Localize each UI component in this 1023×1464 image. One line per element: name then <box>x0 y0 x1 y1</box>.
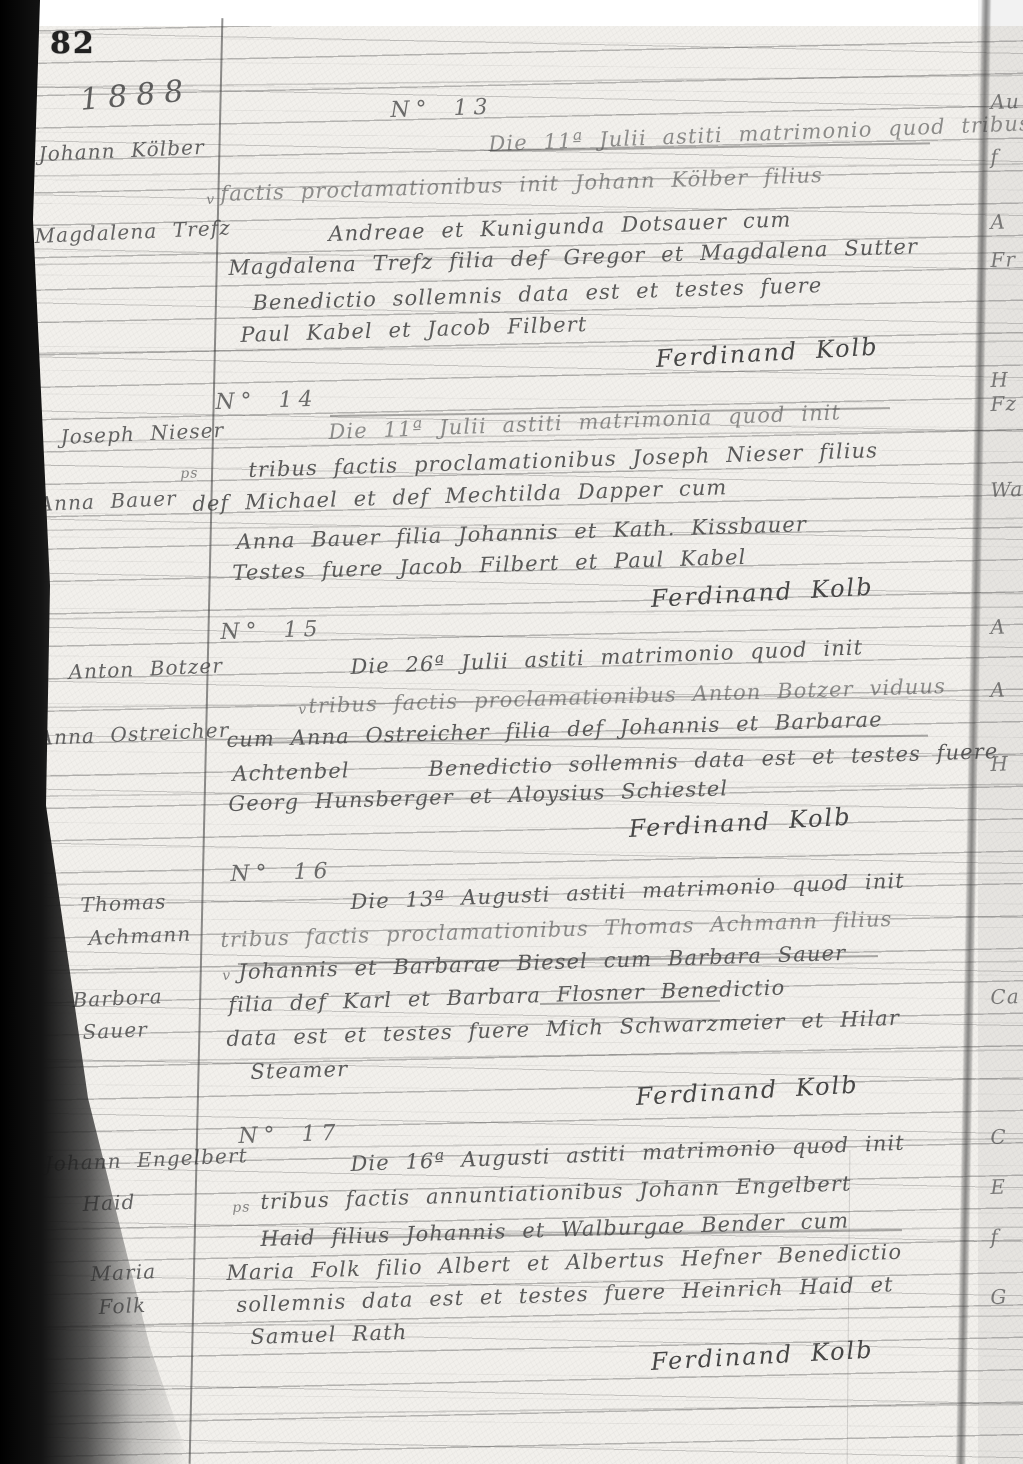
record-line: Samuel Rath <box>250 1320 408 1349</box>
priest-signature: Ferdinand Kolb <box>655 333 879 373</box>
adjacent-page-text-fragment: Ca <box>990 984 1020 1009</box>
margin-name-groom: Johann Kölber <box>38 135 205 166</box>
record-line: Benedictio sollemnis data est et testes … <box>428 739 999 781</box>
adjacent-page-text-fragment: A <box>990 678 1006 702</box>
record-line: Die 16ª Augusti astiti matrimonio quod i… <box>350 1131 905 1176</box>
record-line: Paul Kabel et Jacob Filbert <box>240 312 588 347</box>
priest-signature: Ferdinand Kolb <box>628 803 852 843</box>
year-label: 1888 <box>79 73 194 118</box>
priest-signature: Ferdinand Kolb <box>635 1071 859 1111</box>
record-line: Benedictio sollemnis data est et testes … <box>252 273 823 315</box>
proclamation-mark: v <box>298 702 308 718</box>
record-line: tribus factis annuntiationibus Johann En… <box>260 1171 852 1214</box>
adjacent-page-text-fragment: f <box>990 1225 999 1249</box>
fold-crease <box>847 1150 851 1464</box>
adjacent-page-text-fragment: Au <box>990 89 1020 114</box>
record-16-number: N° 16 <box>230 859 334 887</box>
margin-name-bride: Anna Bauer <box>38 486 177 516</box>
adjacent-page-text-fragment: A <box>990 210 1006 234</box>
adjacent-page-text-fragment: E <box>990 1175 1006 1199</box>
margin-name-groom-surname: Achmann <box>88 922 192 950</box>
record-14-number: N° 14 <box>215 387 319 415</box>
adjacent-page-text-fragment: G <box>990 1284 1008 1309</box>
adjacent-page-text-fragment: H <box>990 367 1009 392</box>
margin-name-groom: Anton Botzer <box>68 653 223 684</box>
record-13-number: N° 13 <box>390 95 494 123</box>
record-17-number: N° 17 <box>238 1121 342 1149</box>
proclamation-mark: ps <box>232 1199 251 1216</box>
page-number: 82 <box>50 26 96 61</box>
margin-name-bride: Anna Ostreicher <box>38 718 230 750</box>
record-line: Steamer <box>250 1057 349 1084</box>
priest-signature: Ferdinand Kolb <box>650 1336 874 1376</box>
proclamation-mark: ps <box>180 465 199 482</box>
record-line: tribus factis proclamationibus Joseph Ni… <box>248 438 878 482</box>
record-line: Die 26ª Julii astiti matrimonio quod ini… <box>350 635 864 679</box>
priest-signature: Ferdinand Kolb <box>650 573 874 613</box>
record-line: def Michael et def Mechtilda Dapper cum <box>192 475 728 516</box>
adjacent-page-text-fragment: A <box>990 615 1006 639</box>
proclamation-mark: v <box>206 192 216 208</box>
margin-name-groom: Joseph Nieser <box>60 418 225 449</box>
margin-name-groom: Thomas <box>80 889 167 917</box>
proclamation-mark: v <box>222 968 232 984</box>
record-line: factis proclamationibus init Johann Kölb… <box>220 163 823 206</box>
adjacent-page-text-fragment: Fr <box>990 247 1016 272</box>
adjacent-page-text-fragment: f <box>990 145 999 169</box>
adjacent-page-text-fragment: Wal <box>990 477 1023 502</box>
record-line: filia def Karl et Barbara Flosner Benedi… <box>228 976 786 1017</box>
adjacent-page-text-fragment: H <box>990 751 1009 776</box>
adjacent-page-text-fragment: Fz <box>990 391 1017 416</box>
margin-name-bride: Magdalena Trefz <box>34 215 231 248</box>
scan-top-edge <box>0 0 1023 26</box>
record-line: Die 11ª Julii astiti matrimonia quod ini… <box>328 400 841 444</box>
record-line: Die 11ª Julii astiti matrimonio quod tri… <box>488 111 1023 156</box>
record-line: Die 13ª Augusti astiti matrimonio quod i… <box>350 869 905 914</box>
margin-name-bride-surname: Sauer <box>82 1017 148 1044</box>
margin-name-bride: Barbora <box>72 984 163 1012</box>
record-line: Achtenbel <box>232 758 350 786</box>
scanned-register-page: 82 1888 N° 13 Johann Kölber Magdalena Tr… <box>0 0 1023 1464</box>
adjacent-page-text-fragment: C <box>990 1124 1007 1149</box>
record-15-number: N° 15 <box>220 617 324 645</box>
